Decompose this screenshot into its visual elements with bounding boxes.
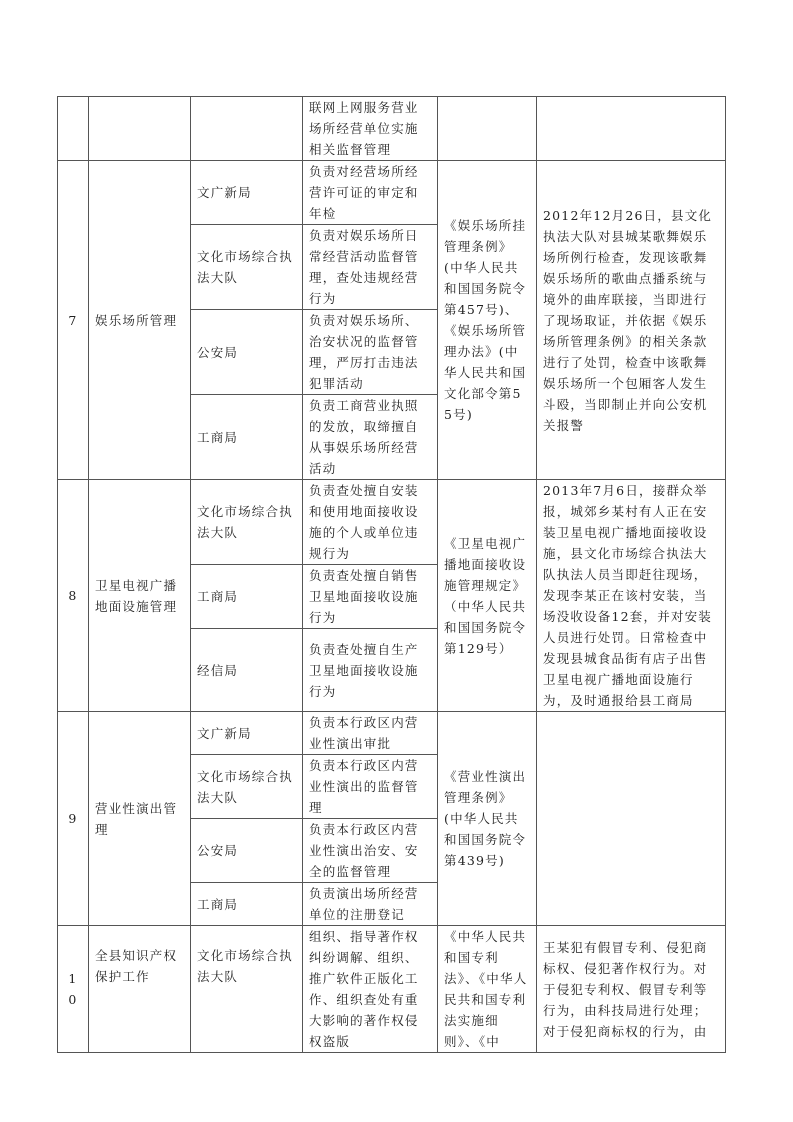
case-cell: 2012年12月26日，县文化执法大队对县城某歌舞娱乐场所例行检查，发现该歌舞娱… xyxy=(537,161,726,480)
dept-cell: 文化市场综合执法大队 xyxy=(191,225,303,310)
duty-cell: 负责对娱乐场所、治安状况的监督管理，严厉打击违法犯罪活动 xyxy=(303,310,438,395)
duty-cell: 负责查处擅自安装和使用地面接收设施的个人或单位违规行为 xyxy=(303,480,438,565)
duty-cell: 负责工商营业执照的发放，取缔擅自从事娱乐场所经营活动 xyxy=(303,395,438,480)
basis-cell: 《卫星电视广播地面接收设施管理规定》（中华人民共和国国务院令第129号） xyxy=(438,480,537,712)
case-cell: 王某犯有假冒专利、侵犯商标权、侵犯著作权行为。对于侵犯专利权、假冒专利等行为，由… xyxy=(537,926,726,1053)
dept-cell: 文化市场综合执法大队 xyxy=(191,926,303,1053)
item-cell: 营业性演出管理 xyxy=(89,712,191,926)
item-cell: 娱乐场所管理 xyxy=(89,161,191,480)
dept-cell: 文广新局 xyxy=(191,161,303,225)
duty-cell: 负责本行政区内营业性演出的监督管理 xyxy=(303,755,438,819)
table-row-continuation: 联网上网服务营业场所经营单位实施相关监督管理 xyxy=(58,97,726,161)
dept-cell: 工商局 xyxy=(191,883,303,926)
duty-cell: 联网上网服务营业场所经营单位实施相关监督管理 xyxy=(303,97,438,161)
number-cell: 10 xyxy=(58,926,89,1053)
number-cell xyxy=(58,97,89,161)
basis-cell xyxy=(438,97,537,161)
dept-cell: 文化市场综合执法大队 xyxy=(191,755,303,819)
case-cell: 2013年7月6日，接群众举报，城郊乡某村有人正在安装卫星电视广播地面接收设施，… xyxy=(537,480,726,712)
duty-cell: 负责对经营场所经营许可证的审定和年检 xyxy=(303,161,438,225)
duty-cell: 负责查处擅自销售卫星地面接收设施行为 xyxy=(303,565,438,629)
table-row: 8 卫星电视广播地面设施管理 文化市场综合执法大队 负责查处擅自安装和使用地面接… xyxy=(58,480,726,565)
dept-cell: 文化市场综合执法大队 xyxy=(191,480,303,565)
dept-cell: 公安局 xyxy=(191,310,303,395)
case-cell xyxy=(537,97,726,161)
basis-cell: 《娱乐场所挂管理条例》(中华人民共和国国务院令第457号)、《娱乐场所管理办法》… xyxy=(438,161,537,480)
duty-cell: 负责对娱乐场所日常经营活动监督管理，查处违规经营行为 xyxy=(303,225,438,310)
table-row: 9 营业性演出管理 文广新局 负责本行政区内营业性演出审批 《营业性演出管理条例… xyxy=(58,712,726,755)
dept-cell: 公安局 xyxy=(191,819,303,883)
number-cell: 9 xyxy=(58,712,89,926)
table-row: 7 娱乐场所管理 文广新局 负责对经营场所经营许可证的审定和年检 《娱乐场所挂管… xyxy=(58,161,726,225)
dept-cell: 工商局 xyxy=(191,565,303,629)
duty-cell: 负责查处擅自生产卫星地面接收设施行为 xyxy=(303,629,438,712)
duty-cell: 组织、指导著作权纠纷调解、组织、推广软件正版化工作、组织查处有重大影响的著作权侵… xyxy=(303,926,438,1053)
duty-cell: 负责本行政区内营业性演出治安、安全的监督管理 xyxy=(303,819,438,883)
number-cell: 8 xyxy=(58,480,89,712)
item-cell xyxy=(89,97,191,161)
dept-cell xyxy=(191,97,303,161)
item-cell: 卫星电视广播地面设施管理 xyxy=(89,480,191,712)
duty-cell: 负责本行政区内营业性演出审批 xyxy=(303,712,438,755)
responsibility-table: 联网上网服务营业场所经营单位实施相关监督管理 7 娱乐场所管理 文广新局 负责对… xyxy=(57,96,726,1053)
dept-cell: 经信局 xyxy=(191,629,303,712)
table-row: 10 全县知识产权保护工作 文化市场综合执法大队 组织、指导著作权纠纷调解、组织… xyxy=(58,926,726,1053)
item-cell: 全县知识产权保护工作 xyxy=(89,926,191,1053)
number-cell: 7 xyxy=(58,161,89,480)
dept-cell: 文广新局 xyxy=(191,712,303,755)
duty-cell: 负责演出场所经营单位的注册登记 xyxy=(303,883,438,926)
basis-cell: 《营业性演出管理条例》(中华人民共和国国务院令第439号) xyxy=(438,712,537,926)
dept-cell: 工商局 xyxy=(191,395,303,480)
basis-cell: 《中华人民共和国专利法》、《中华人民共和国专利法实施细则》、《中 xyxy=(438,926,537,1053)
case-cell xyxy=(537,712,726,926)
